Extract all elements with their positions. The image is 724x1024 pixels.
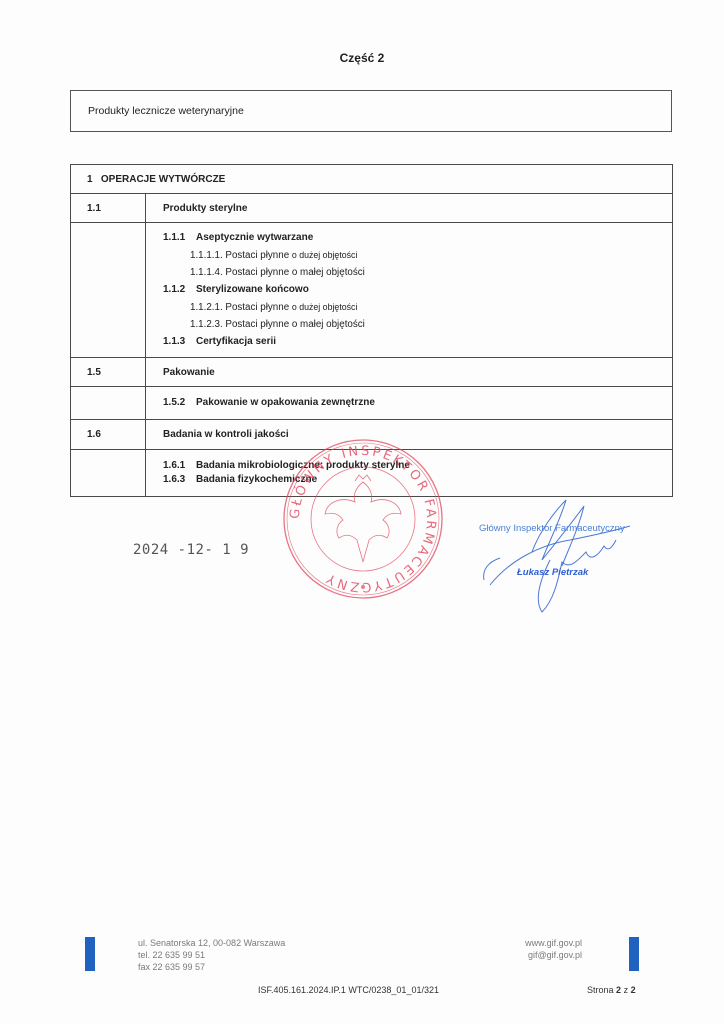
- page-label: Strona: [587, 985, 614, 995]
- row-label: Produkty sterylne: [146, 194, 673, 223]
- item-label: Postaci płynne: [225, 250, 289, 261]
- item-code: 1.1.1.1.: [190, 250, 223, 261]
- section-label: Sterylizowane końcowo: [196, 284, 309, 295]
- item-label-small: o dużej objętości: [292, 302, 358, 312]
- item-code: 1.1.1.4.: [190, 267, 223, 278]
- row-number: [71, 387, 146, 420]
- table-header-row: 1 OPERACJE WYTWÓRCZE: [71, 165, 673, 194]
- section-code: 1.1.1: [163, 229, 196, 247]
- list-item: 1.1.1.1. Postaci płynne o dużej objętośc…: [163, 247, 672, 264]
- signer-title: Główny Inspektor Farmaceutyczny: [479, 523, 625, 534]
- page-total: 2: [631, 985, 636, 995]
- list-item: 1.1.2.3. Postaci płynne o małej objętośc…: [163, 316, 672, 333]
- table-row: 1.5 Pakowanie: [71, 358, 673, 387]
- section-heading: 1.1.2Sterylizowane końcowo: [163, 281, 672, 299]
- section-heading: 1.1.3Certyfikacja serii: [163, 333, 672, 351]
- list-item: 1.1.2.1. Postaci płynne o dużej objętośc…: [163, 299, 672, 316]
- date-stamp: 2024 -12- 1 9: [133, 542, 249, 558]
- signer-name: Łukasz Pietrzak: [517, 567, 588, 578]
- row-number: 1.1: [71, 194, 146, 223]
- section-code: 1.6.3: [163, 473, 196, 487]
- row-subsections: 1.5.2Pakowanie w opakowania zewnętrzne: [146, 387, 673, 420]
- section-code: 1.6.1: [163, 459, 196, 473]
- page-number: Strona 2 z 2: [587, 985, 636, 995]
- product-category: Produkty lecznicze weterynaryjne: [88, 105, 244, 117]
- row-number: [71, 223, 146, 358]
- row-subsections: 1.1.1Aseptycznie wytwarzane 1.1.1.1. Pos…: [146, 223, 673, 358]
- section-label: Pakowanie w opakowania zewnętrzne: [196, 397, 375, 408]
- website-link[interactable]: www.gif.gov.pl: [470, 937, 582, 949]
- table-header-text: 1 OPERACJE WYTWÓRCZE: [87, 174, 225, 185]
- part-title: Część 2: [0, 51, 724, 65]
- table-row: 1.5.2Pakowanie w opakowania zewnętrzne: [71, 387, 673, 420]
- signature-icon: [470, 490, 650, 620]
- fax-line: fax 22 635 99 57: [138, 961, 285, 973]
- official-stamp-icon: GŁÓWNY INSPEKTOR FARMACEUTYCZNY: [281, 437, 445, 601]
- table-row: 1.1 Produkty sterylne: [71, 194, 673, 223]
- table-row: 1.1.1Aseptycznie wytwarzane 1.1.1.1. Pos…: [71, 223, 673, 358]
- section-code: 1.1.2: [163, 281, 196, 299]
- row-number: [71, 450, 146, 497]
- item-label-small: o dużej objętości: [292, 250, 358, 260]
- item-label: Postaci płynne o małej objętości: [225, 267, 364, 278]
- list-item: 1.1.1.4. Postaci płynne o małej objętośc…: [163, 264, 672, 281]
- product-category-box: Produkty lecznicze weterynaryjne: [70, 90, 672, 132]
- document-reference: ISF.405.161.2024.IP.1 WTC/0238_01_01/321: [258, 985, 439, 995]
- table-header: 1 OPERACJE WYTWÓRCZE: [71, 165, 673, 194]
- item-code: 1.1.2.1.: [190, 302, 223, 313]
- row-label: Pakowanie: [146, 358, 673, 387]
- section-label: Aseptycznie wytwarzane: [196, 232, 313, 243]
- address-line: ul. Senatorska 12, 00-082 Warszawa: [138, 937, 285, 949]
- section-heading: 1.1.1Aseptycznie wytwarzane: [163, 229, 672, 247]
- row-number: 1.6: [71, 420, 146, 450]
- email-link[interactable]: gif@gif.gov.pl: [470, 949, 582, 961]
- row-number: 1.5: [71, 358, 146, 387]
- svg-text:GŁÓWNY INSPEKTOR FARMACEUTYCZN: GŁÓWNY INSPEKTOR FARMACEUTYCZNY: [288, 444, 438, 594]
- section-label: Certyfikacja serii: [196, 336, 276, 347]
- brand-bar-left: [85, 937, 95, 971]
- footer-address: ul. Senatorska 12, 00-082 Warszawa tel. …: [138, 937, 285, 973]
- phone-line: tel. 22 635 99 51: [138, 949, 285, 961]
- section-code: 1.5.2: [163, 394, 196, 412]
- section-heading: 1.5.2Pakowanie w opakowania zewnętrzne: [163, 394, 672, 412]
- item-label: Postaci płynne o małej objętości: [225, 319, 364, 330]
- footer-contact: www.gif.gov.pl gif@gif.gov.pl: [470, 937, 582, 961]
- page-current: 2: [616, 985, 621, 995]
- item-code: 1.1.2.3.: [190, 319, 223, 330]
- section-code: 1.1.3: [163, 333, 196, 351]
- brand-bar-right: [629, 937, 639, 971]
- page-separator: z: [624, 985, 629, 995]
- item-label: Postaci płynne: [225, 302, 289, 313]
